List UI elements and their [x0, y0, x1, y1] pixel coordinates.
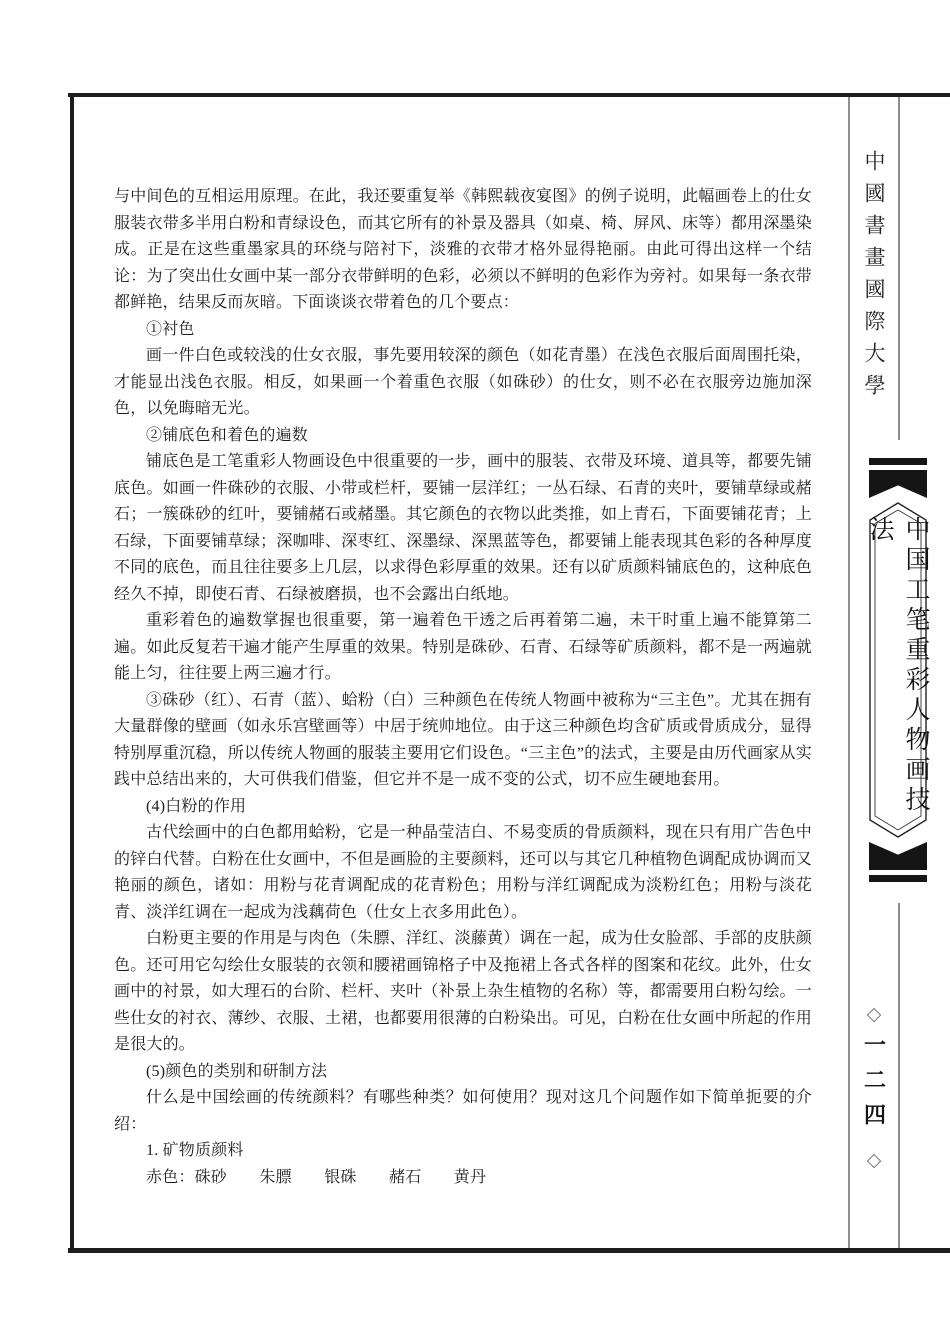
section-heading: ②铺底色和着色的遍数 [114, 423, 812, 450]
paragraph: 重彩着色的遍数掌握也很重要，第一遍着色干透之后再着第二遍，未干时重上遍不能算第二… [114, 608, 812, 688]
frame-rule-left [70, 93, 74, 1253]
section-heading: (4)白粉的作用 [114, 794, 812, 821]
banner-bottom-bar [869, 875, 927, 882]
paragraph: 什么是中国绘画的传统颜料？有哪些种类？如何使用？现对这几个问题作如下简单扼要的介… [114, 1085, 812, 1138]
main-text-column: 与中间色的互相运用原理。在此，我还要重复举《韩熙载夜宴图》的例子说明，此幅画卷上… [114, 184, 812, 1191]
section-heading: (5)颜色的类别和研制方法 [114, 1059, 812, 1086]
banner-title-text: 中国工笔重彩人物画技法 [862, 516, 934, 824]
university-name-text: 中國書畫國際大學 [859, 150, 889, 430]
paragraph: 与中间色的互相运用原理。在此，我还要重复举《韩熙载夜宴图》的例子说明，此幅画卷上… [114, 184, 812, 317]
section-heading: 1. 矿物质颜料 [114, 1138, 812, 1165]
frame-rule-top [68, 93, 950, 97]
banner-top-bar [869, 458, 927, 465]
banner-ribbon-bottom [869, 842, 927, 870]
paragraph: ③硃砂（红）、石青（蓝）、蛤粉（白）三种颜色在传统人物画中被称为“三主色”。尤其… [114, 688, 812, 794]
diamond-icon: ◇ [867, 1151, 882, 1170]
banner-ribbon-top [869, 470, 927, 498]
paragraph: 白粉更主要的作用是与肉色（朱膘、洋红、淡藤黄）调在一起，成为仕女脸部、手部的皮肤… [114, 926, 812, 1059]
diamond-icon: ◇ [867, 1005, 882, 1024]
paragraph: 画一件白色或较浅的仕女衣服，事先要用较深的颜色（如花青墨）在浅色衣服后面周围托染… [114, 343, 812, 423]
page-number-block: ◇ 一二四 ◇ [848, 1005, 900, 1180]
paragraph: 古代绘画中的白色都用蛤粉，它是一种晶莹洁白、不易变质的骨质颜料，现在只有用广告色… [114, 820, 812, 926]
frame-rule-bottom [68, 1248, 950, 1253]
sidebar-university-name: 中國書畫國際大學 [848, 150, 900, 430]
section-heading: ①衬色 [114, 317, 812, 344]
paragraph: 铺底色是工笔重彩人物画设色中很重要的一步，画中的服装、衣带及环境、道具等，都要先… [114, 449, 812, 608]
book-title-banner: 中国工笔重彩人物画技法 [869, 458, 927, 882]
book-page: { "meta": { "background_color": "#ffffff… [0, 0, 950, 1344]
page-number-text: 一二四 [859, 1033, 890, 1138]
paragraph: 赤色：硃砂 朱膘 银硃 赭石 黄丹 [114, 1165, 812, 1192]
